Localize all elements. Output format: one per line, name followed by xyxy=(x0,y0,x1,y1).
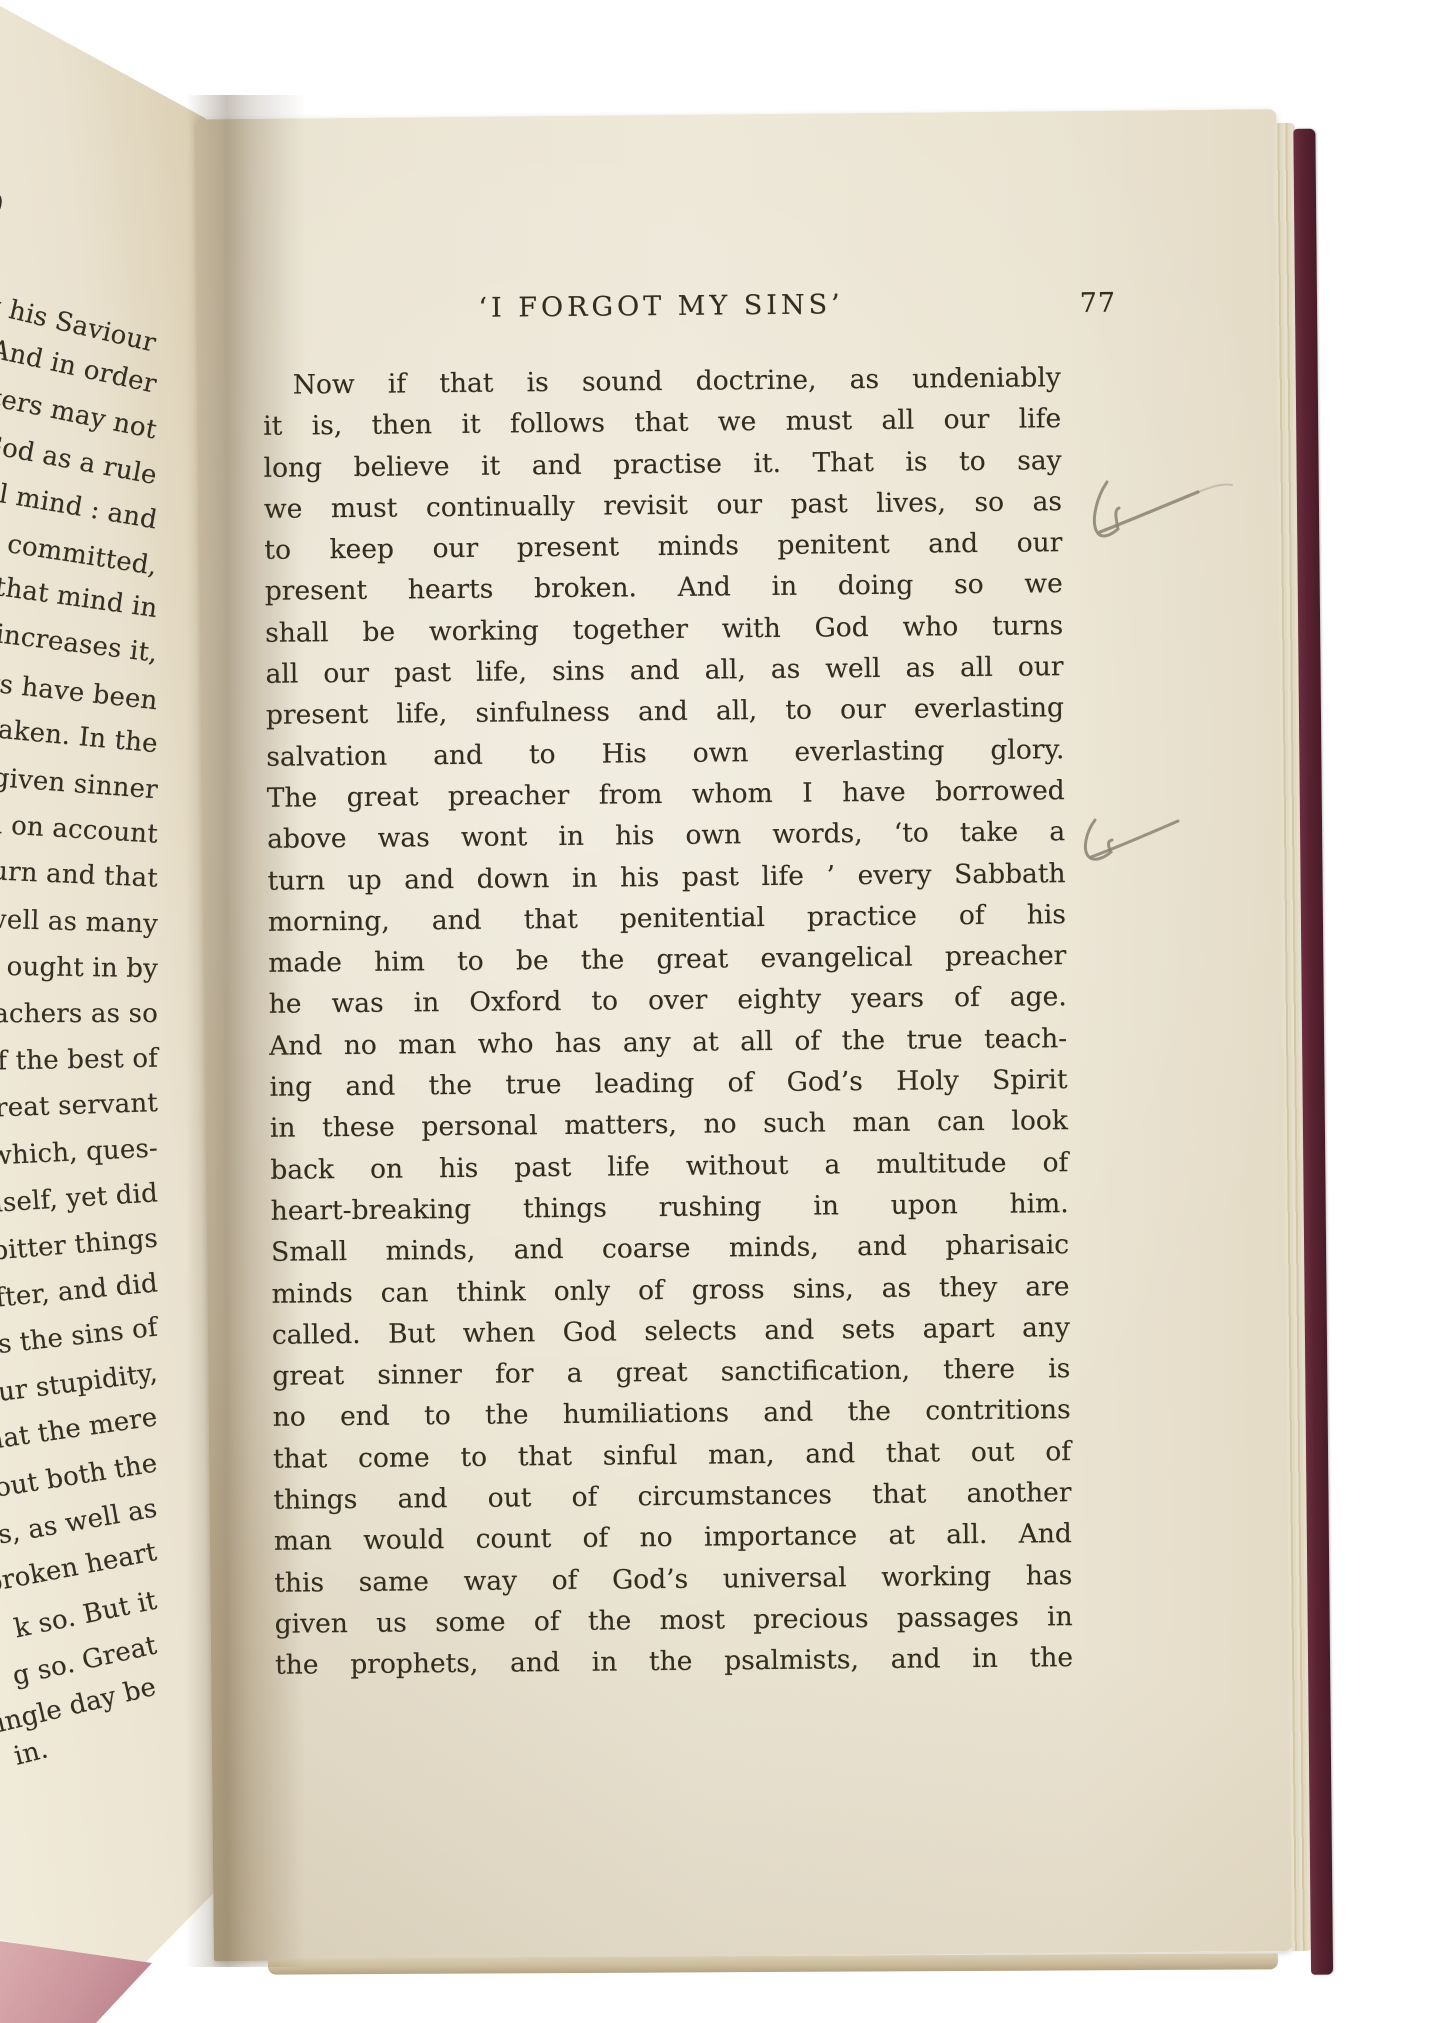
left-page-line-fragment: our stupidity, xyxy=(0,1358,159,1410)
body-line: Small minds, and coarse minds, and phari… xyxy=(271,1224,1069,1273)
right-page-assembly: ‘I FORGOT MY SINS’ 77 Now if that is sou… xyxy=(196,79,1336,1986)
left-page-line-fragment: that mind in xyxy=(0,572,159,624)
left-page-line-fragment: f the best of xyxy=(0,1044,158,1077)
body-line: he was in Oxford to over eighty years of… xyxy=(269,977,1067,1026)
left-page-line-fragment: increases it, xyxy=(0,620,159,670)
left-page-line-fragment: that the mere xyxy=(0,1402,159,1457)
left-page-line-fragment: great servant xyxy=(0,1088,158,1124)
left-page-header-fragment: 0 xyxy=(0,186,7,224)
page-text-block: ‘I FORGOT MY SINS’ 77 Now if that is sou… xyxy=(262,287,1073,1686)
body-line: the prophets, and in the psalmists, and … xyxy=(275,1637,1073,1686)
left-page-line-fragment: in. xyxy=(11,1734,51,1771)
body-text: Now if that is sound doctrine, as undeni… xyxy=(263,357,1074,1686)
body-line: in these personal matters, no such man c… xyxy=(270,1100,1068,1149)
body-line: man would count of no importance at all.… xyxy=(274,1513,1072,1562)
left-page-line-fragment: out both the xyxy=(0,1448,159,1503)
left-page-line-fragment: r which, ques- xyxy=(0,1133,159,1172)
pencil-checkmark-icon xyxy=(1086,474,1236,552)
right-page: ‘I FORGOT MY SINS’ 77 Now if that is sou… xyxy=(196,109,1294,1961)
page-title: ‘I FORGOT MY SINS’ xyxy=(262,287,1060,326)
page-header: ‘I FORGOT MY SINS’ 77 xyxy=(262,287,1060,341)
body-line: present hearts broken. And in doing so w… xyxy=(265,564,1063,613)
left-page-line-fragment: achers as so xyxy=(0,999,158,1029)
left-page-line-fragment: eirs have been xyxy=(0,665,159,716)
left-page-line-fragment: mself, yet did xyxy=(0,1178,159,1219)
left-page-line-fragment: aken. In the xyxy=(0,715,159,759)
body-line: above was wont in his own words, ‘to tak… xyxy=(267,811,1065,860)
left-page-line-fragment: fter, and did xyxy=(0,1269,159,1314)
body-line: no end to the humiliations and the contr… xyxy=(272,1390,1070,1439)
book-photo: { "book": { "right_page": { "header_titl… xyxy=(0,0,1445,2023)
left-page-line-fragment: orgiven sinner xyxy=(0,761,159,806)
left-page-line-fragment: bitter things xyxy=(0,1223,159,1266)
left-page-line-fragment: ought in by xyxy=(6,952,158,984)
page-number: 77 xyxy=(1080,288,1117,319)
left-page-line-fragment: on on account xyxy=(0,809,159,850)
body-line: it is, then it follows that we must all … xyxy=(263,398,1061,447)
left-page-line-fragment: urn and that xyxy=(0,857,159,894)
left-page-line-fragment: ss the sins of xyxy=(0,1313,159,1362)
left-page-line-fragment: well as many xyxy=(0,904,158,939)
body-line: present life, sinfulness and all, to our… xyxy=(266,688,1064,737)
pencil-checkmark-icon xyxy=(1078,806,1198,872)
